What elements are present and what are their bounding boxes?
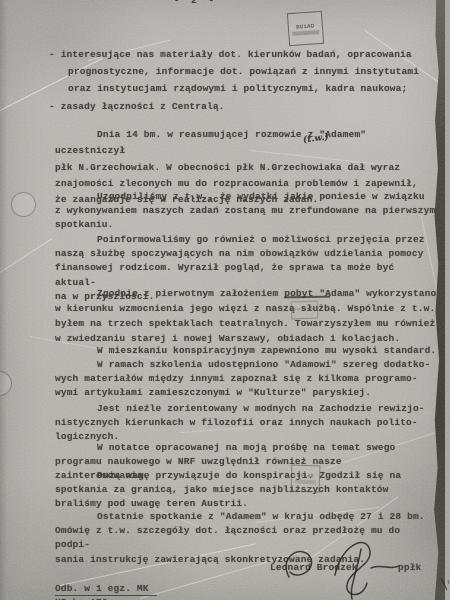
stamp-smudge (292, 30, 319, 36)
copies-note: Odb. w 1 egz. MK (55, 583, 157, 596)
archive-stamp-label: BUiAD (296, 22, 315, 30)
signature-rank: ppłk (398, 562, 421, 573)
paragraph: Ostatnie spotkanie z "Adamem" w kraju od… (55, 510, 439, 567)
paragraph: Zgodnie z pierwotnym założeniem pobyt "A… (55, 286, 439, 346)
archive-stamp: BUiAD (291, 465, 321, 493)
document-body: Dnia 14 bm. w reasumującej rozmowie z "A… (0, 0, 450, 600)
signature-typed-name: Leonard Brodzek (270, 562, 358, 573)
paragraph: Dużą wagę przywiązuje do konspiracji. Zg… (55, 469, 439, 512)
paragraph: W mieszkaniu konspiracyjnym zapewniono m… (55, 344, 439, 358)
left-edge-shadow (0, 0, 7, 600)
archive-stamp: BUiAD (287, 11, 324, 46)
faint-stamp-label: Warszawa (294, 308, 316, 313)
paragraph: Jest nieźle zorientowany w modnych na Za… (55, 402, 439, 445)
archive-stamp-label: BUiAD (297, 473, 314, 480)
scan-background-strip (445, 0, 450, 600)
pen-tick-mark (438, 576, 450, 594)
scanned-document-page: - 2 - - interesujące nas materiały dot. … (0, 0, 450, 600)
paragraph: W ramach szkolenia udostępniono "Adamowi… (55, 358, 439, 401)
faint-stamp: Warszawa (291, 301, 319, 320)
stamp-smudge (295, 480, 317, 485)
paragraph: Uzgodniliśmy z t.w., że wydatki jakie po… (55, 190, 439, 233)
